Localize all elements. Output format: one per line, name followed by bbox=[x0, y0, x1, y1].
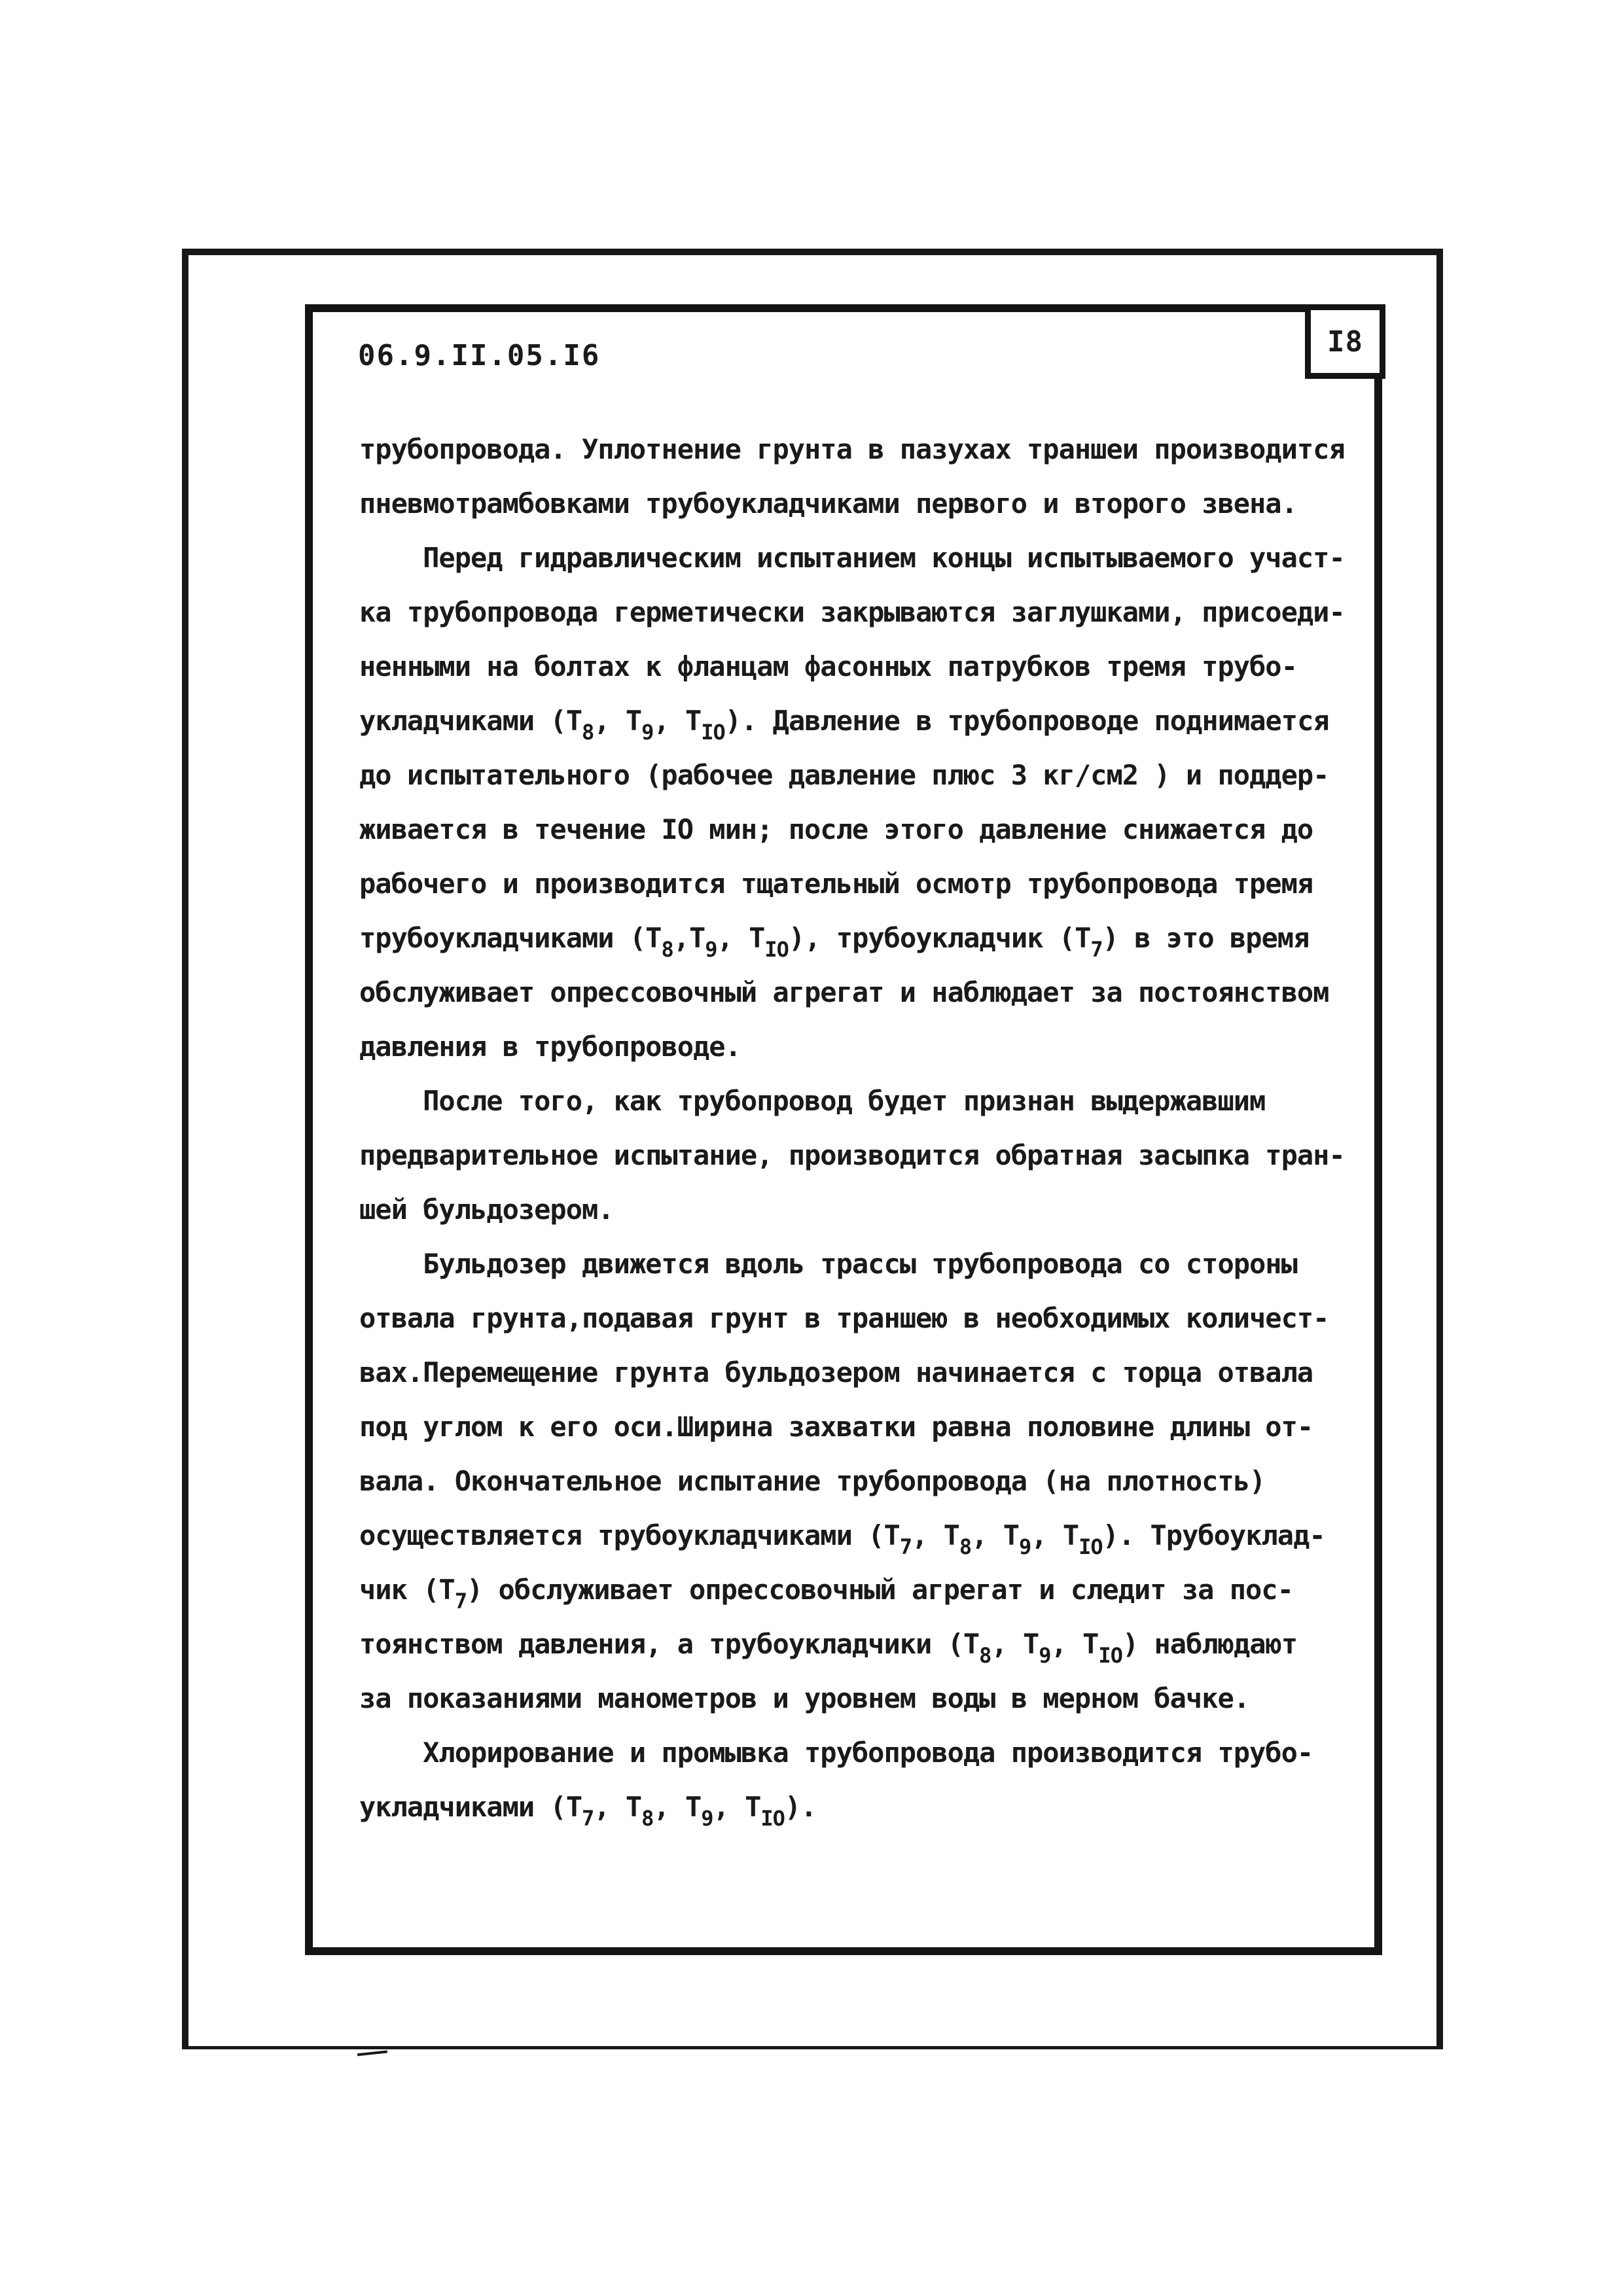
text-line: вах.Перемещение грунта бульдозером начин… bbox=[359, 1345, 1393, 1400]
text-line: Перед гидравлическим испытанием концы ис… bbox=[359, 531, 1393, 585]
text-line: укладчиками (Т7, Т8, Т9, ТIO). bbox=[359, 1780, 1393, 1834]
text-line: отвала грунта,подавая грунт в траншею в … bbox=[359, 1291, 1393, 1345]
text-line: ненными на болтах к фланцам фасонных пат… bbox=[359, 639, 1393, 694]
text-line: Хлорирование и промывка трубопровода про… bbox=[359, 1725, 1393, 1780]
body-text: трубопровода. Уплотнение грунта в пазуха… bbox=[359, 422, 1393, 1834]
document-number: 06.9.II.05.I6 bbox=[358, 339, 600, 372]
text-line: давления в трубопроводе. bbox=[359, 1019, 1393, 1074]
scanned-document-page: 06.9.II.05.I6 I8 трубопровода. Уплотнени… bbox=[0, 0, 1623, 2296]
text-line: до испытательного (рабочее давление плюс… bbox=[359, 748, 1393, 802]
text-line: обслуживает опрессовочный агрегат и набл… bbox=[359, 965, 1393, 1019]
scan-artifact-mark bbox=[356, 2039, 387, 2057]
text-line: пневмотрамбовками трубоукладчиками перво… bbox=[359, 476, 1393, 531]
page-number: I8 bbox=[1327, 325, 1363, 359]
text-line: под углом к его оси.Ширина захватки равн… bbox=[359, 1400, 1393, 1454]
page-number-box: I8 bbox=[1305, 304, 1385, 379]
text-line: рабочего и производится тщательный осмот… bbox=[359, 857, 1393, 911]
text-line: шей бульдозером. bbox=[359, 1182, 1393, 1237]
text-line: предварительное испытание, производится … bbox=[359, 1128, 1393, 1182]
text-line: осуществляется трубоукладчиками (Т7, Т8,… bbox=[359, 1508, 1393, 1563]
text-line: ка трубопровода герметически закрываются… bbox=[359, 585, 1393, 639]
text-line: живается в течение IO мин; после этого д… bbox=[359, 802, 1393, 857]
text-line: Бульдозер движется вдоль трассы трубопро… bbox=[359, 1237, 1393, 1291]
text-line: вала. Окончательное испытание трубопрово… bbox=[359, 1454, 1393, 1508]
text-line: трубопровода. Уплотнение грунта в пазуха… bbox=[359, 422, 1393, 476]
text-line: тоянством давления, а трубоукладчики (Т8… bbox=[359, 1617, 1393, 1671]
text-line: трубоукладчиками (Т8,Т9, ТIO), трубоукла… bbox=[359, 911, 1393, 965]
text-line: чик (Т7) обслуживает опрессовочный агрег… bbox=[359, 1563, 1393, 1617]
text-line: укладчиками (Т8, Т9, ТIO). Давление в тр… bbox=[359, 694, 1393, 748]
text-line: После того, как трубопровод будет призна… bbox=[359, 1074, 1393, 1128]
text-line: за показаниями манометров и уровнем воды… bbox=[359, 1671, 1393, 1725]
